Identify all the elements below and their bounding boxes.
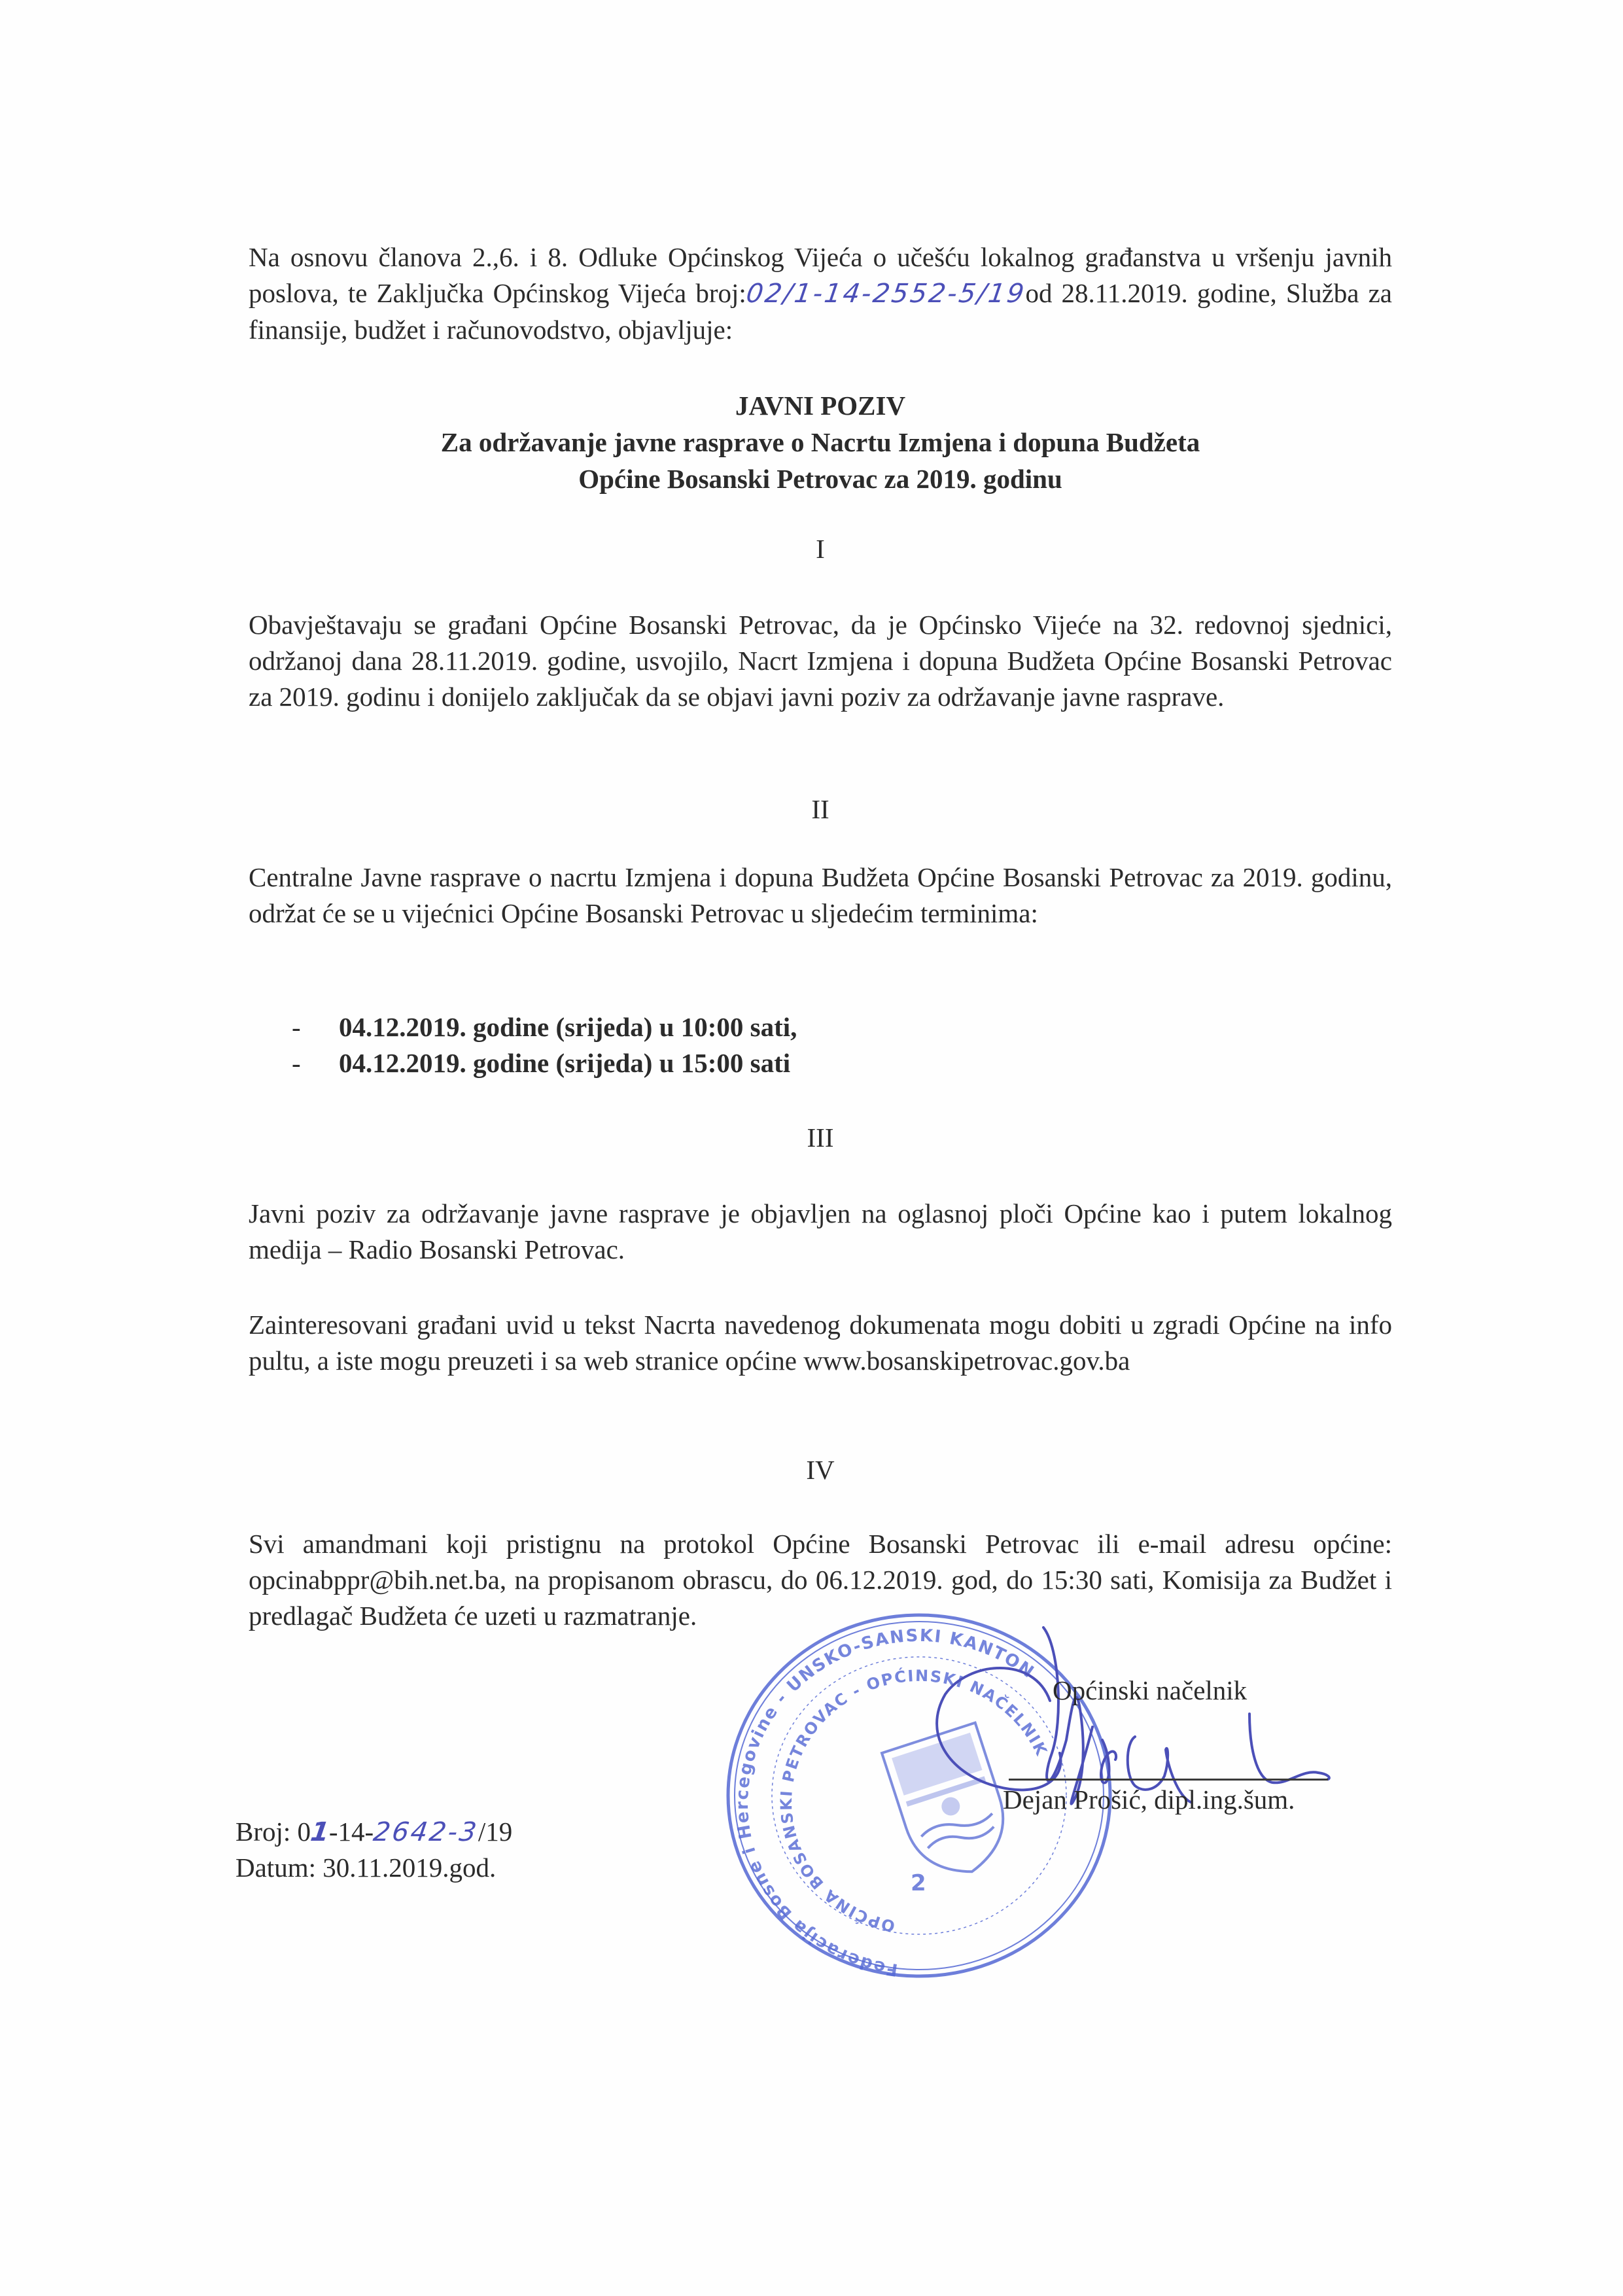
section-numeral-3: III [249, 1120, 1392, 1156]
list-item: - 04.12.2019. godine (srijeda) u 10:00 s… [249, 1009, 1392, 1045]
signatory-title: Općinski načelnik [1053, 1673, 1247, 1709]
bullet-dash: - [292, 1045, 301, 1081]
section-numeral-2: II [249, 791, 1392, 827]
document-title: JAVNI POZIV Za održavanje javne rasprave… [249, 387, 1392, 497]
handwritten-decision-number: 02/1-14-2552-5/19 [744, 276, 1028, 312]
broj-handwritten-digit: 1 [308, 1815, 332, 1851]
section-3-body-a: Javni poziv za održavanje javne rasprave… [249, 1196, 1392, 1268]
svg-text:2: 2 [911, 1870, 926, 1896]
section-3-paragraph-1: Javni poziv za održavanje javne rasprave… [249, 1196, 1392, 1268]
hearing-term-2: 04.12.2019. godine (srijeda) u 15:00 sat… [339, 1045, 790, 1081]
datum-label: Datum: [236, 1852, 316, 1883]
section-3-paragraph-2: Zainteresovani građani uvid u tekst Nacr… [249, 1307, 1392, 1379]
bullet-dash: - [292, 1009, 301, 1045]
section-2-body: Centralne Javne rasprave o nacrtu Izmjen… [249, 860, 1392, 931]
section-3-body-b: Zainteresovani građani uvid u tekst Nacr… [249, 1307, 1392, 1379]
signature-line [1009, 1779, 1328, 1781]
intro-paragraph: Na osnovu članova 2.,6. i 8. Odluke Opći… [249, 239, 1392, 348]
document-date: Datum: 30.11.2019.god. [236, 1850, 496, 1886]
section-2-paragraph: Centralne Javne rasprave o nacrtu Izmjen… [249, 860, 1392, 931]
title-line-1: JAVNI POZIV [249, 387, 1392, 424]
section-numeral-4: IV [249, 1452, 1392, 1488]
title-line-2: Za održavanje javne rasprave o Nacrtu Iz… [249, 424, 1392, 461]
signatory-name: Dejan Prošić, dipl.ing.šum. [1003, 1782, 1295, 1818]
title-line-3: Općine Bosanski Petrovac za 2019. godinu [249, 461, 1392, 497]
hearing-schedule-list: - 04.12.2019. godine (srijeda) u 10:00 s… [249, 1009, 1392, 1081]
datum-value: 30.11.2019.god. [323, 1852, 496, 1883]
list-item: - 04.12.2019. godine (srijeda) u 15:00 s… [249, 1045, 1392, 1081]
document-page: Na osnovu članova 2.,6. i 8. Odluke Opći… [0, 0, 1623, 2296]
broj-mid: -14- [329, 1817, 374, 1847]
broj-label: Broj: [236, 1817, 290, 1847]
broj-handwritten-number: 2642-3 [371, 1815, 480, 1851]
section-1-paragraph: Obavještavaju se građani Općine Bosanski… [249, 607, 1392, 715]
hearing-term-1: 04.12.2019. godine (srijeda) u 10:00 sat… [339, 1009, 797, 1045]
section-1-body: Obavještavaju se građani Općine Bosanski… [249, 607, 1392, 715]
broj-suffix: /19 [478, 1817, 512, 1847]
section-numeral-1: I [249, 531, 1392, 567]
reference-number: Broj: 01-14-2642-3/19 [236, 1814, 512, 1851]
